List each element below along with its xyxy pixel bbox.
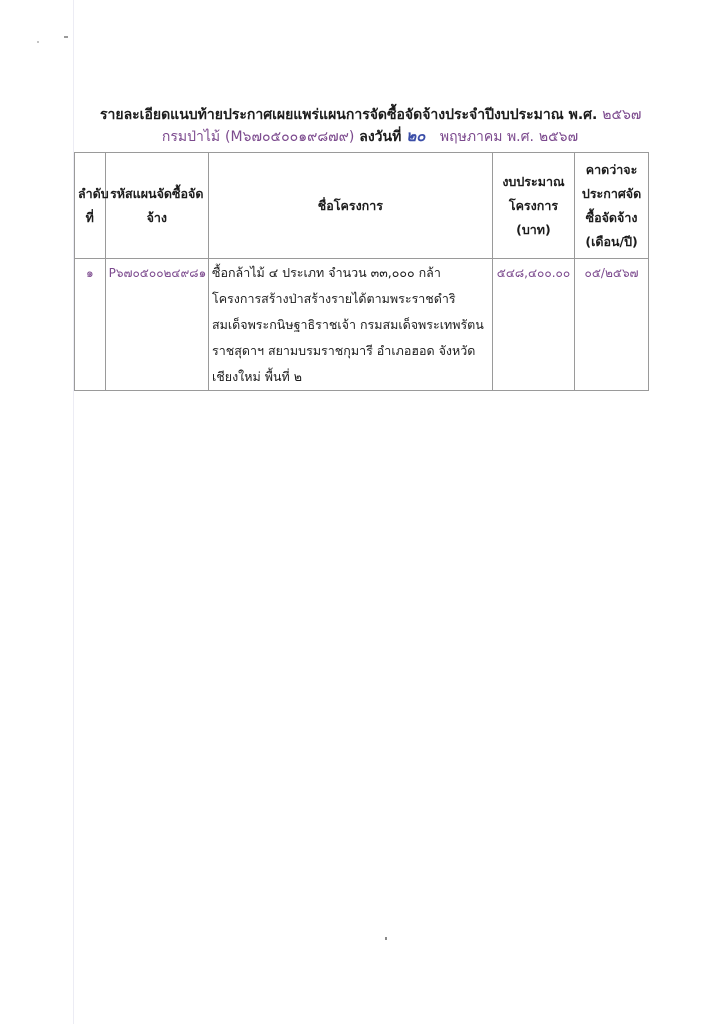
scan-speck <box>385 937 387 940</box>
table-header-row: ลำดับที่ รหัสแผนจัดซื้อจัดจ้าง ชื่อโครงก… <box>75 153 649 259</box>
cell-no: ๑ <box>75 259 106 391</box>
scan-speck <box>64 36 68 38</box>
header-budget: งบประมาณโครงการ (บาท) <box>492 153 574 259</box>
header-expected-date: คาดว่าจะประกาศจัดซื้อจัดจ้าง (เดือน/ปี) <box>575 153 649 259</box>
cell-project-name: ซื้อกล้าไม้ ๔ ประเภท จำนวน ๓๓,๐๐๐ กล้า โ… <box>208 259 492 391</box>
table-row: ๑ P๖๗๐๕๐๐๒๔๙๘๑ ซื้อกล้าไม้ ๔ ประเภท จำนว… <box>75 259 649 391</box>
procurement-plan-table: ลำดับที่ รหัสแผนจัดซื้อจัดจ้าง ชื่อโครงก… <box>74 152 649 391</box>
header-no: ลำดับที่ <box>75 153 106 259</box>
fiscal-year: ๒๕๖๗ <box>602 107 641 123</box>
cell-expected-date: ๐๕/๒๕๖๗ <box>575 259 649 391</box>
header-project-name: ชื่อโครงการ <box>208 153 492 259</box>
handwritten-day: ๒๐ <box>406 127 425 145</box>
document-title: รายละเอียดแนบท้ายประกาศเผยแพร่แผนการจัดซ… <box>100 105 640 125</box>
month-label: พฤษภาคม พ.ศ. <box>440 129 534 145</box>
dated-label: ลงวันที่ <box>359 129 401 145</box>
cell-plan-code: P๖๗๐๕๐๐๒๔๙๘๑ <box>105 259 208 391</box>
reference-code: (M๖๗๐๕๐๐๑๙๘๗๙) <box>225 129 354 145</box>
agency-name: กรมป่าไม้ <box>162 129 220 145</box>
scan-speck <box>37 41 39 43</box>
document-year: ๒๕๖๗ <box>539 129 578 145</box>
cell-budget: ๕๔๘,๔๐๐.๐๐ <box>492 259 574 391</box>
document-subtitle: กรมป่าไม้ (M๖๗๐๕๐๐๑๙๘๗๙) ลงวันที่ ๒๐ พฤษ… <box>100 126 640 147</box>
title-text: รายละเอียดแนบท้ายประกาศเผยแพร่แผนการจัดซ… <box>100 107 597 123</box>
header-plan-code: รหัสแผนจัดซื้อจัดจ้าง <box>105 153 208 259</box>
